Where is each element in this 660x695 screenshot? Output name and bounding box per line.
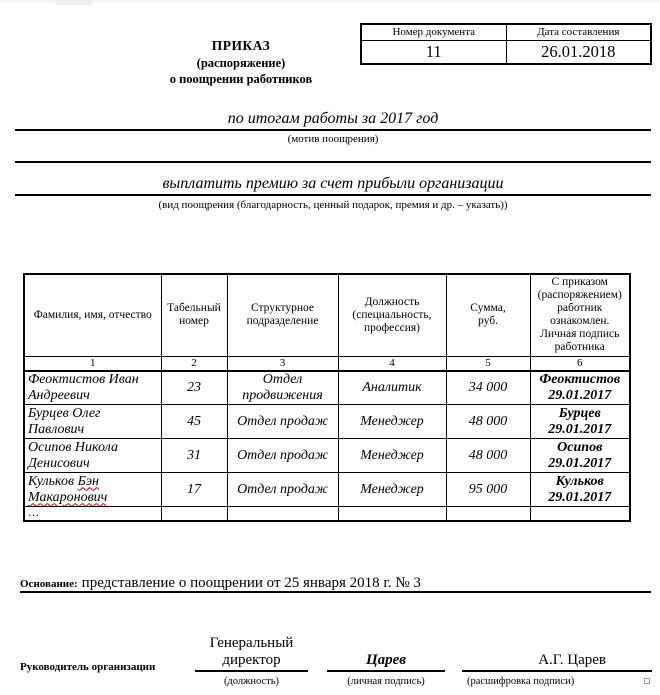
cell-personnel-number: 23 xyxy=(161,371,227,405)
cell-employee-name: Бурцев Олег Павлович xyxy=(24,405,161,439)
col-header-acknowledgement: С приказом (распоряжением) работник озна… xyxy=(530,274,630,356)
cell-personnel-number: 31 xyxy=(161,439,227,473)
cell-personnel-number: 17 xyxy=(161,473,227,507)
paragraph-mark xyxy=(644,678,650,684)
motive-field-empty-line xyxy=(15,139,651,163)
doc-number-value: 11 xyxy=(361,40,506,64)
employee-row: Феоктистов Иван Андреевич 23 Отдел продв… xyxy=(24,371,630,405)
employee-row: Кульков Бэн Макаронович 17 Отдел продаж … xyxy=(24,473,630,507)
cell-amount: 48 000 xyxy=(446,405,530,439)
head-of-organization-label: Руководитель организации xyxy=(20,661,155,673)
cell-amount: 48 000 xyxy=(446,439,530,473)
cell-empty xyxy=(338,507,446,521)
cell-employee-name: Феоктистов Иван Андреевич xyxy=(24,371,161,405)
cell-department: Отдел продвижения xyxy=(227,371,338,405)
document-info-table: Номер документа Дата составления 11 26.0… xyxy=(360,23,652,65)
cell-department: Отдел продаж xyxy=(227,405,338,439)
cell-acknowledgement: Кульков 29.01.2017 xyxy=(530,473,630,507)
window-top-tab xyxy=(55,0,93,5)
cell-department: Отдел продаж xyxy=(227,473,338,507)
cell-employee-name: Кульков Бэн Макаронович xyxy=(24,473,161,507)
motive-field-value: по итогам работы за 2017 год xyxy=(15,106,651,131)
personal-signature-caption: (личная подпись) xyxy=(327,676,445,687)
name-word: Кульков xyxy=(28,474,74,489)
misspelled-word: Бэн xyxy=(78,474,99,489)
employees-table: Фамилия, имя, отчество Табельный номер С… xyxy=(23,273,631,522)
cell-position: Менеджер xyxy=(338,473,446,507)
document-page: ПРИКАЗ (распоряжение) о поощрении работн… xyxy=(0,0,660,695)
window-top-edge xyxy=(0,0,660,3)
cell-empty xyxy=(161,507,227,521)
col-header-amount: Сумма, руб. xyxy=(446,274,530,356)
column-number: 1 xyxy=(24,356,161,371)
position-field-value: Генеральный директор xyxy=(195,626,308,672)
col-header-department: Структурное подразделение xyxy=(227,274,338,356)
cell-position: Аналитик xyxy=(338,371,446,405)
employees-table-header-row: Фамилия, имя, отчество Табельный номер С… xyxy=(24,274,630,356)
employee-row: Бурцев Олег Павлович 45 Отдел продаж Мен… xyxy=(24,405,630,439)
basis-field: Основание: представление о поощрении от … xyxy=(20,573,651,593)
doc-number-header: Номер документа xyxy=(361,24,506,40)
column-number: 6 xyxy=(530,356,630,371)
column-number: 4 xyxy=(338,356,446,371)
doc-date-value: 26.01.2018 xyxy=(506,40,651,64)
cell-empty xyxy=(530,507,630,521)
cell-employee-name: Осипов Никола Денисович xyxy=(24,439,161,473)
order-subject: о поощрении работников xyxy=(15,71,467,88)
cell-acknowledgement: Осипов 29.01.2017 xyxy=(530,439,630,473)
signature-transcript-value: А.Г. Царев xyxy=(462,626,652,672)
doc-date-header: Дата составления xyxy=(506,24,651,40)
cell-department: Отдел продаж xyxy=(227,439,338,473)
cell-acknowledgement: Феоктистов 29.01.2017 xyxy=(530,371,630,405)
col-header-name: Фамилия, имя, отчество xyxy=(24,274,161,356)
misspelled-word: Макаронович xyxy=(28,490,107,505)
column-number: 2 xyxy=(161,356,227,371)
employee-row: Осипов Никола Денисович 31 Отдел продаж … xyxy=(24,439,630,473)
column-number: 3 xyxy=(227,356,338,371)
column-number: 5 xyxy=(446,356,530,371)
incentive-field-caption: (вид поощрения (благодарность, ценный по… xyxy=(15,199,651,211)
col-header-personnel-number: Табельный номер xyxy=(161,274,227,356)
cell-empty xyxy=(446,507,530,521)
signature-transcript-caption: (расшифровка подписи) xyxy=(462,676,652,687)
cell-acknowledgement: Бурцев 29.01.2017 xyxy=(530,405,630,439)
cell-ellipsis: … xyxy=(24,507,161,521)
cell-position: Менеджер xyxy=(338,439,446,473)
basis-label: Основание: xyxy=(20,578,78,590)
cell-amount: 34 000 xyxy=(446,371,530,405)
cell-empty xyxy=(227,507,338,521)
ellipsis-row: … xyxy=(24,507,630,521)
column-numbers-row: 1 2 3 4 5 6 xyxy=(24,356,630,371)
cell-position: Менеджер xyxy=(338,405,446,439)
col-header-position: Должность (специальность, профессия) xyxy=(338,274,446,356)
personal-signature-value: Царев xyxy=(327,626,445,672)
cell-personnel-number: 45 xyxy=(161,405,227,439)
basis-value: представление о поощрении от 25 января 2… xyxy=(82,575,421,591)
position-field-caption: (должность) xyxy=(195,676,308,687)
incentive-field-value: выплатить премию за счет прибыли организ… xyxy=(15,171,651,196)
cell-amount: 95 000 xyxy=(446,473,530,507)
